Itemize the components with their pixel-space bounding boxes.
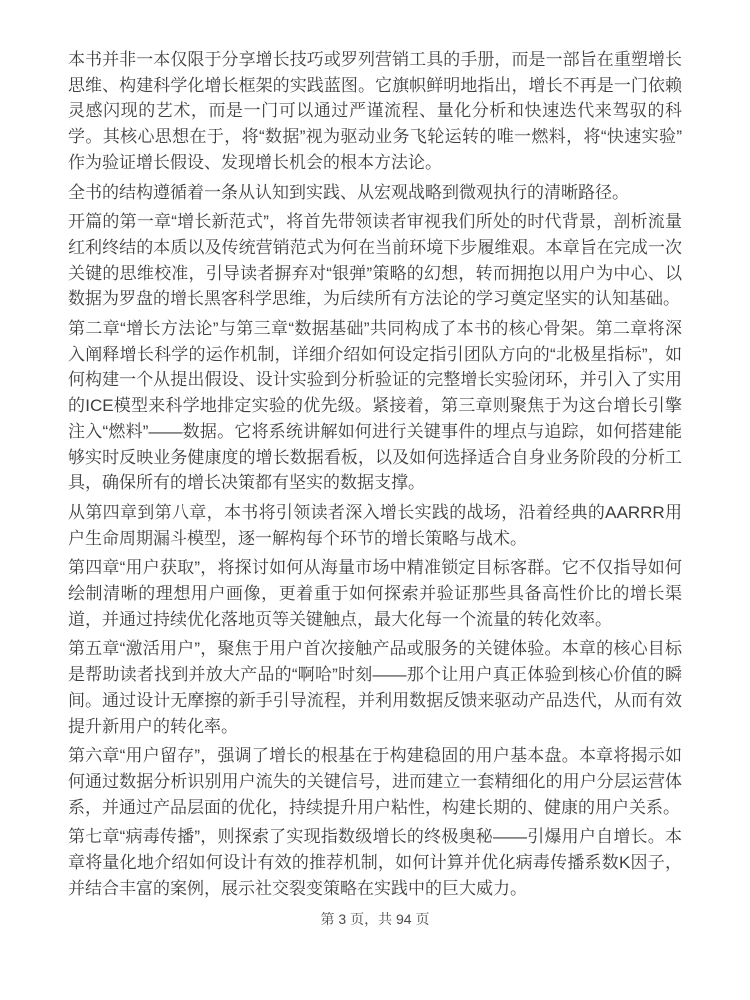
page-indicator: 第 3 页，共 94 页 — [321, 911, 430, 927]
paragraph-structure-overview: 全书的结构遵循着一条从认知到实践、从宏观战略到微观执行的清晰路径。 — [68, 180, 682, 206]
document-page: 本书并非一本仅限于分享增长技巧或罗列营销工具的手册，而是一部旨在重塑增长思维、构… — [0, 0, 750, 1000]
paragraph-intro: 本书并非一本仅限于分享增长技巧或罗列营销工具的手册，而是一部旨在重塑增长思维、构… — [68, 47, 682, 176]
paragraph-chapter-7: 第七章“病毒传播”，则探索了实现指数级增长的终极奥秘——引爆用户自增长。本章将量… — [68, 824, 682, 901]
paragraph-chapters-4-8-overview: 从第四章到第八章，本书将引领读者深入增长实践的战场，沿着经典的AARRR用户生命… — [68, 500, 682, 551]
paragraph-chapter-6: 第六章“用户留存”，强调了增长的根基在于构建稳固的用户基本盘。本章将揭示如何通过… — [68, 743, 682, 820]
page-footer: 第 3 页，共 94 页 — [68, 909, 682, 929]
paragraph-chapter-4: 第四章“用户获取”，将探讨如何从海量市场中精准锁定目标客群。它不仅指导如何绘制清… — [68, 555, 682, 632]
paragraph-chapters-2-3: 第二章“增长方法论”与第三章“数据基础”共同构成了本书的核心骨架。第二章将深入阐… — [68, 316, 682, 496]
document-body: 本书并非一本仅限于分享增长技巧或罗列营销工具的手册，而是一部旨在重塑增长思维、构… — [68, 47, 682, 906]
paragraph-chapter-5: 第五章“激活用户”，聚焦于用户首次接触产品或服务的关键体验。本章的核心目标是帮助… — [68, 636, 682, 739]
paragraph-chapter-1: 开篇的第一章“增长新范式”，将首先带领读者审视我们所处的时代背景，剖析流量红利终… — [68, 209, 682, 312]
